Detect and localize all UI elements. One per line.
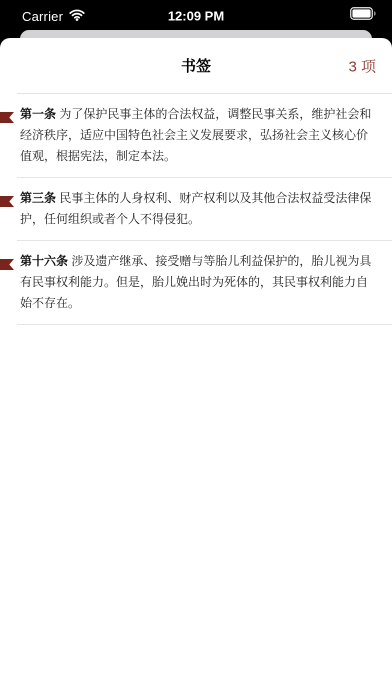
- bookmark-ribbon-icon: [0, 109, 14, 120]
- status-bar: Carrier 12:09 PM: [0, 0, 392, 32]
- article-text: 涉及遗产继承、接受赠与等胎儿利益保护的，胎儿视为具有民事权利能力。但是，胎儿娩出…: [20, 254, 371, 310]
- status-bar-right: [350, 7, 376, 25]
- article-text: 民事主体的人身权利、财产权利以及其他合法权益受法律保护，任何组织或者个人不得侵犯…: [20, 191, 371, 226]
- bookmark-ribbon-icon: [0, 193, 14, 204]
- bookmarks-sheet: 书签 3 项 第一条 为了保护民事主体的合法权益，调整民事关系，维护社会和经济秩…: [0, 38, 392, 696]
- battery-icon: [350, 7, 376, 25]
- bookmark-row-article-1[interactable]: 第一条 为了保护民事主体的合法权益，调整民事关系，维护社会和经济秩序，适应中国特…: [0, 94, 392, 177]
- status-bar-left: Carrier: [22, 9, 85, 24]
- sheet-header: 书签 3 项: [0, 38, 392, 93]
- article-number: 第十六条: [20, 254, 71, 268]
- bookmark-ribbon-icon: [0, 256, 14, 267]
- bookmark-row-article-3[interactable]: 第三条 民事主体的人身权利、财产权利以及其他合法权益受法律保护，任何组织或者个人…: [0, 178, 392, 240]
- article-text: 为了保护民事主体的合法权益，调整民事关系，维护社会和经济秩序，适应中国特色社会主…: [20, 107, 371, 163]
- item-count-badge: 3 项: [348, 55, 376, 76]
- divider: [17, 324, 392, 325]
- carrier-label: Carrier: [22, 9, 63, 24]
- bookmark-row-article-16[interactable]: 第十六条 涉及遗产继承、接受赠与等胎儿利益保护的，胎儿视为具有民事权利能力。但是…: [0, 241, 392, 324]
- article-number: 第三条: [20, 191, 59, 205]
- wifi-icon: [69, 9, 85, 24]
- page-title: 书签: [181, 55, 211, 76]
- article-number: 第一条: [20, 107, 59, 121]
- clock: 12:09 PM: [168, 9, 224, 24]
